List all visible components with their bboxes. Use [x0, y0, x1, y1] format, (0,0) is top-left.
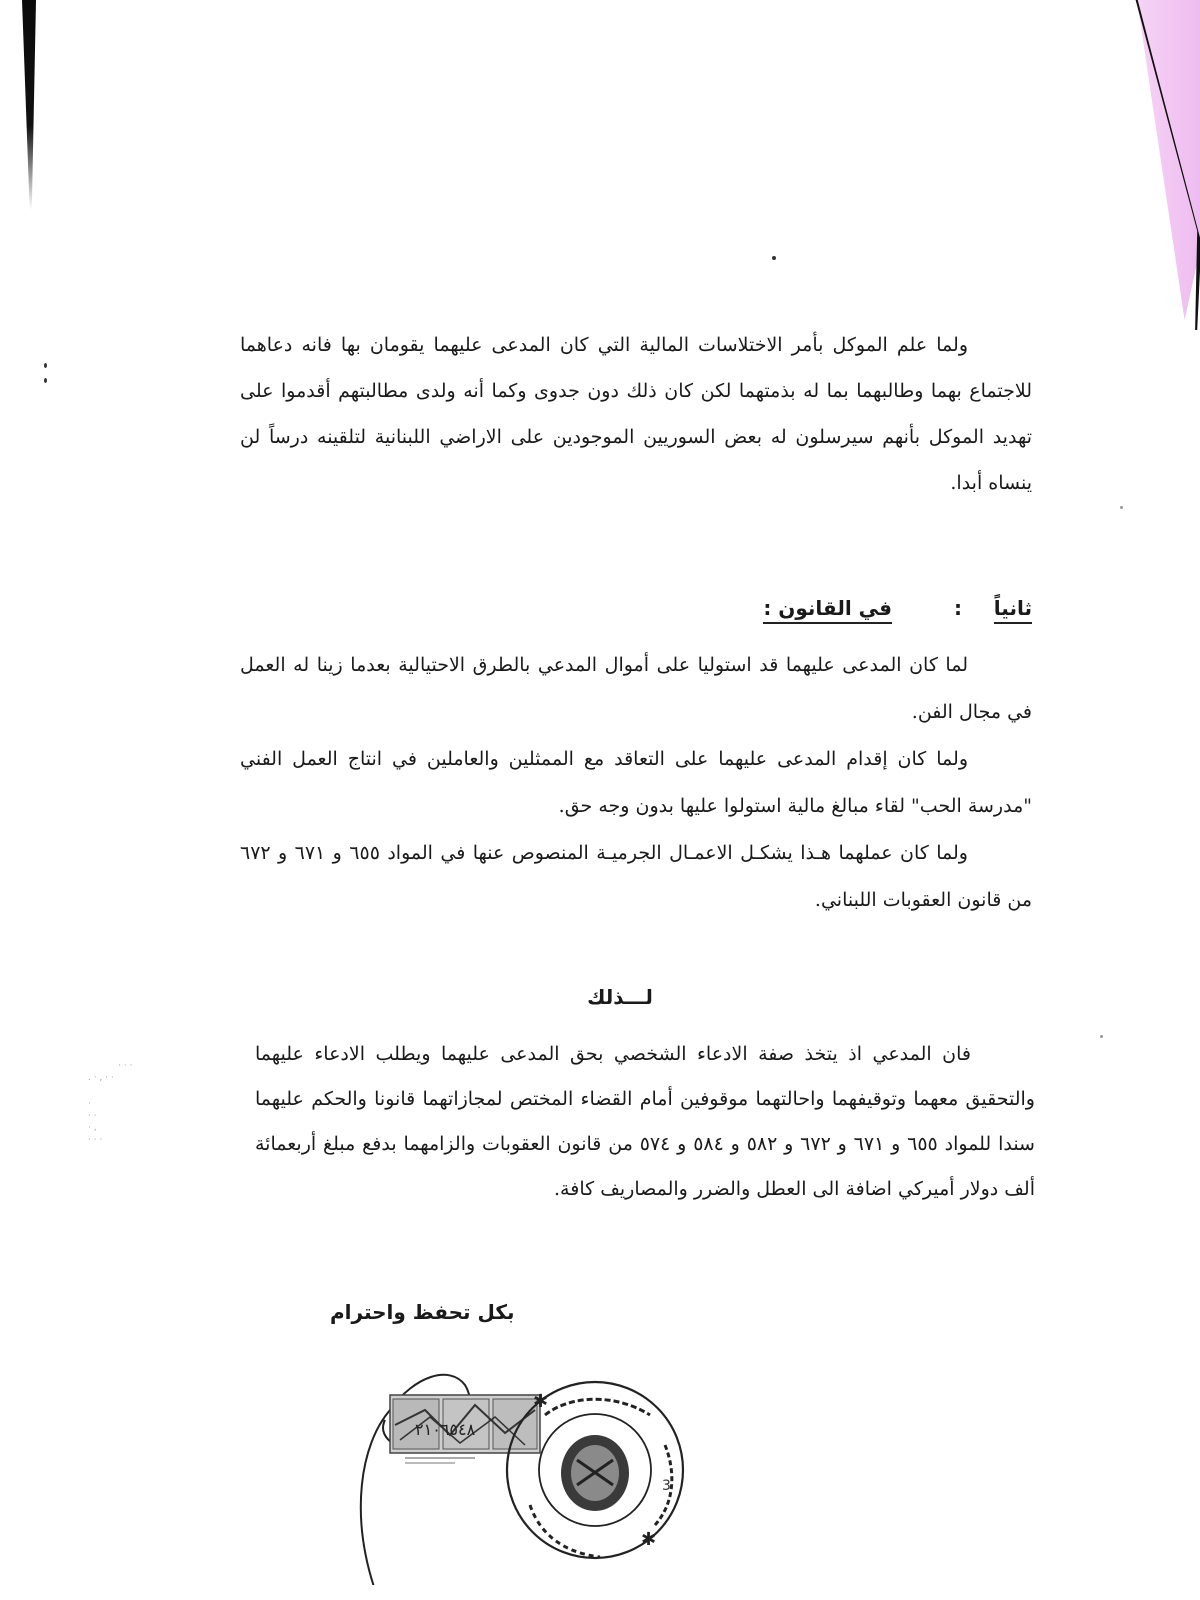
closing-text: بكل تحفظ واحترام: [330, 1300, 514, 1324]
section-heading-law: ثانياً: [994, 596, 1032, 620]
signature-and-seal: ٢١٠٦٥٤٨ ✱ ✱: [355, 1355, 685, 1585]
paragraph-law-2: ولما كان إقدام المدعى عليهما على التعاقد…: [240, 736, 1032, 830]
stray-mark: [44, 363, 47, 368]
page-number: 3: [662, 1478, 671, 1494]
margin-handwriting: · · · . · , · · · · · · , · · ·: [88, 1060, 148, 1180]
paragraph-facts: ولما علم الموكل بأمر الاختلاسات المالية …: [240, 322, 1032, 506]
svg-text:✱: ✱: [641, 1529, 656, 1550]
stray-mark: [44, 378, 47, 383]
photo-edge-left: [22, 0, 36, 210]
stray-mark: [1120, 506, 1123, 509]
photo-edge-right-background: [1130, 0, 1200, 320]
document-body-law: لما كان المدعى عليهما قد استوليا على أمو…: [240, 642, 1032, 924]
section-ordinal: ثانياً: [994, 596, 1032, 624]
section-title: في القانون :: [763, 596, 892, 624]
section-title-wrap: في القانون :: [763, 596, 892, 620]
document-body-conclusion: فان المدعي اذ يتخذ صفة الادعاء الشخصي بح…: [255, 1032, 1035, 1212]
closing-salutation: بكل تحفظ واحترام: [330, 1300, 514, 1324]
svg-text:٢١٠٦٥٤٨: ٢١٠٦٥٤٨: [415, 1420, 476, 1439]
seal-icon: ٢١٠٦٥٤٨ ✱ ✱: [355, 1355, 685, 1585]
document-body-top: ولما علم الموكل بأمر الاختلاسات المالية …: [240, 322, 1032, 506]
stray-mark: [772, 256, 776, 260]
paragraph-request: فان المدعي اذ يتخذ صفة الادعاء الشخصي بح…: [255, 1032, 1035, 1212]
section-separator-wrap: :: [954, 596, 962, 620]
paragraph-law-3: ولما كان عملهما هـذا يشكـل الاعمـال الجر…: [240, 830, 1032, 924]
stray-mark: [1100, 1035, 1103, 1038]
conclusion-heading: لـــذلك: [560, 985, 680, 1009]
paragraph-law-1: لما كان المدعى عليهما قد استوليا على أمو…: [240, 642, 1032, 736]
section-separator: :: [954, 596, 962, 620]
svg-text:✱: ✱: [533, 1391, 548, 1412]
conclusion-heading-text: لـــذلك: [587, 985, 653, 1009]
